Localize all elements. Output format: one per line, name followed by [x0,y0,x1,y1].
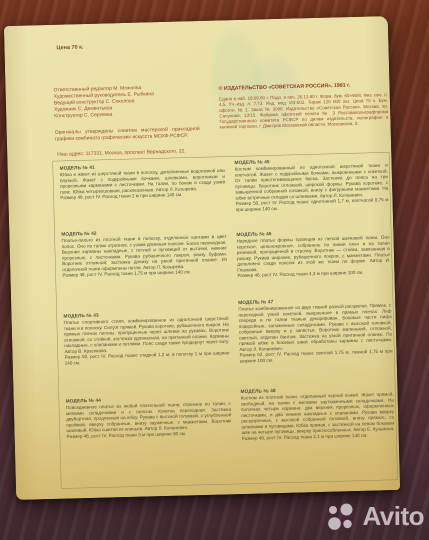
model-block-45: МОДЕЛЬ № 45 Костюм комбинированный из од… [234,156,388,212]
photo-of-booklet-back-cover: { "page": { "price": "Цена 70 к.", "cred… [0,0,429,540]
model-description: Платье-пальто из плотной ткани в полоску… [61,234,227,273]
model-block-47: МОДЕЛЬ № 47 Платье комбинированное из дв… [238,296,393,364]
page-content: Цена 70 к. Ответственный редактор М. Мож… [4,16,400,500]
credits-block: Ответственный редактор М. Можнова Художе… [53,84,154,119]
model-block-48: МОДЕЛЬ № 48 Костюм из плотной ткани, отд… [240,385,394,441]
model-block-44: МОДЕЛЬ № 44 Повседневное платье из любой… [66,394,232,439]
avito-watermark: Avito [326,501,424,532]
model-description: Нарядное платье формы трапеция из легкой… [237,235,391,273]
approval-note: Оригиналы утверждены советом мастерской … [55,126,200,142]
booklet-back-page: Цена 70 к. Ответственный редактор М. Мож… [4,16,400,500]
model-description: Костюм из плотной ткани, отделанный черн… [241,392,395,436]
model-description: Платье комбинированное из двух тканей ра… [238,303,392,353]
imprint-block: Сдано в наб. 18.09.80 г. Подп. в печ. 26… [219,92,389,130]
model-block-43: МОДЕЛЬ № 43 Платье спортивного стиля, ко… [63,309,229,366]
model-block-46: МОДЕЛЬ № 46 Нарядное платье формы трапец… [236,228,390,279]
model-block-41: МОДЕЛЬ № 41 Юбка и жакет из шерстяной тк… [60,161,226,201]
model-block-42: МОДЕЛЬ № 42 Платье-пальто из плотной тка… [61,227,227,278]
model-description: Повседневное платье из любой плательной … [66,401,232,434]
publisher-line: © ИЗДАТЕЛЬСТВО «СОВЕТСКАЯ РОССИЯ», 1981 … [218,81,385,91]
address-line: Наш адрес: 117331, Москва, проспект Верн… [57,148,186,157]
model-description: Костюм комбинированный из однотонной шер… [235,163,389,201]
avito-logo-icon [326,502,358,532]
credit-line-constructor: Конструктор С. Сергеева [54,110,154,119]
model-description: Платье спортивного стиля, комбинированно… [64,316,230,355]
avito-watermark-label: Avito [362,501,424,532]
price-label: Цена 70 к. [56,44,83,51]
